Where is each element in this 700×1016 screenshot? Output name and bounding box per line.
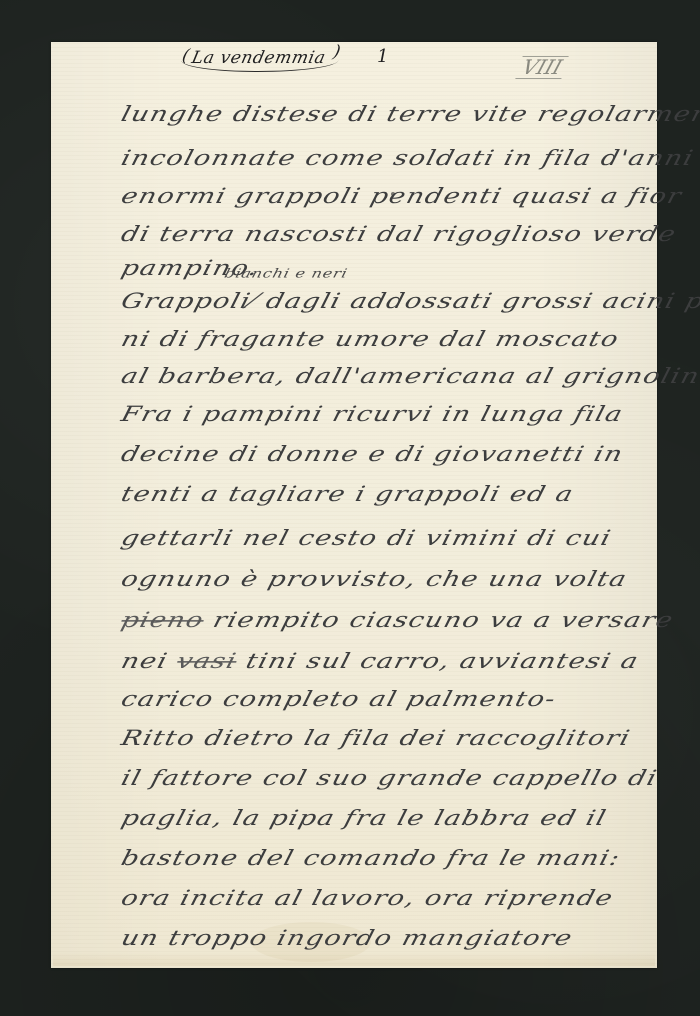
line-14-rest: riempito ciascuno va a versare <box>211 608 677 632</box>
manuscript-line-15: nei vasi tini sul carro, avviantesi a <box>119 651 641 672</box>
manuscript-line-3: enormi grappoli pendenti quasi a fior <box>119 186 684 207</box>
manuscript-line-14: pieno riempito ciascuno va a versare <box>119 610 676 631</box>
manuscript-line-12: gettarli nel cesto di vimini di cui <box>119 528 614 549</box>
manuscript-line-13: ognuno è provvisto, che una volta <box>119 569 630 590</box>
manuscript-line-16: carico completo al palmento- <box>119 689 558 710</box>
manuscript-page: La vendemmia 1 VIII lunghe distese di te… <box>51 42 657 968</box>
page-title-text: La vendemmia <box>190 48 328 68</box>
manuscript-line-9: Fra i pampini ricurvi in lunga fila <box>119 404 626 425</box>
manuscript-line-2: incolonnate come soldati in fila d'anni <box>119 148 696 169</box>
manuscript-line-6: Grappoli⁄ dagli addossati grossi acini p… <box>119 291 700 312</box>
line-15-rest: tini sul carro, avviantesi a <box>243 649 641 673</box>
manuscript-line-19: paglia, la pipa fra le labbra ed il <box>119 808 609 829</box>
manuscript-line-20: bastone del comando fra le mani: <box>119 848 623 869</box>
manuscript-line-22: un troppo ingordo mangiatore <box>119 928 575 949</box>
manuscript-line-1: lunghe distese di terre vite regolarment… <box>119 104 700 125</box>
manuscript-line-7: ni di fragante umore dal moscato <box>119 329 622 350</box>
manuscript-line-11: tenti a tagliare i grappoli ed a <box>119 484 576 505</box>
manuscript-line-4: di terra nascosti dal rigoglioso verde <box>119 224 679 245</box>
manuscript-line-10: decine di donne e di giovanetti in <box>119 444 626 465</box>
line-6-start: Grappoli <box>119 289 254 313</box>
manuscript-line-17: Ritto dietro la fila dei raccoglitori <box>119 728 633 749</box>
manuscript-line-18: il fattore col suo grande cappello di <box>119 768 660 789</box>
line-15-start: nei <box>119 649 171 673</box>
struck-word: vasi <box>174 649 239 673</box>
page-title: La vendemmia <box>179 48 342 72</box>
manuscript-line-21: ora incita al lavoro, ora riprende <box>119 888 616 909</box>
struck-word: pieno <box>119 608 207 632</box>
page-number: 1 <box>377 46 388 67</box>
interlinear-insertion: bianchi e neri <box>223 268 349 280</box>
folio-mark: VIII <box>515 56 569 79</box>
line-6-rest: dagli addossati grossi acini pie- <box>263 289 700 313</box>
manuscript-line-8: al barbera, dall'americana al grignolino… <box>119 366 700 387</box>
